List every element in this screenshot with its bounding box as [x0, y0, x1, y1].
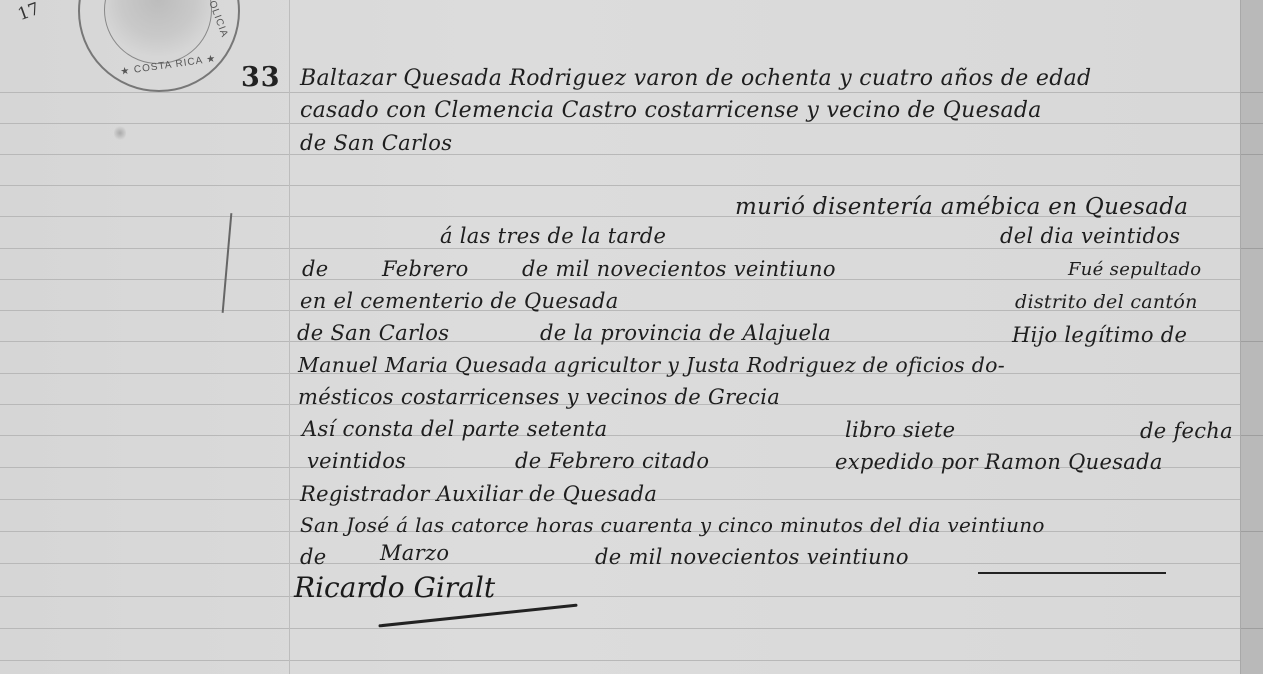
ledger-rule	[0, 123, 1240, 124]
ledger-rule	[0, 154, 1240, 155]
year-of-death: de mil novecientos veintiuno	[522, 257, 836, 281]
signature-flourish	[378, 604, 577, 628]
registration-month: Marzo	[380, 541, 449, 565]
registration-year: de mil novecientos veintiuno	[595, 545, 909, 569]
parents-residence-line: mésticos costarricenses y vecinos de Gre…	[298, 385, 780, 409]
corner-page-number: 17	[15, 0, 42, 25]
edge-rule	[1241, 123, 1263, 124]
ink-smudge	[114, 125, 126, 141]
ledger-rule	[0, 435, 1240, 436]
edge-rule	[1241, 341, 1263, 342]
legitimate-son-label: Hijo legítimo de	[1012, 323, 1187, 347]
left-margin-line	[289, 0, 290, 674]
pencil-margin-mark	[222, 213, 233, 313]
issued-by-line: expedido por Ramon Quesada	[835, 450, 1163, 474]
canton-line: de San Carlos	[297, 321, 449, 345]
edge-rule	[1241, 531, 1263, 532]
registration-time-line: San José á las catorce horas cuarenta y …	[300, 513, 1045, 537]
de-label: de	[302, 257, 328, 281]
book-number: libro siete	[845, 418, 955, 442]
day-of-death: del dia veintidos	[1000, 224, 1180, 248]
source-report-line: Así consta del parte setenta	[302, 417, 607, 441]
registrar-signature: Ricardo Giralt	[294, 571, 495, 604]
page-edge	[1240, 0, 1263, 674]
report-day: veintidos	[307, 449, 406, 473]
record-line-3: de San Carlos	[300, 131, 452, 155]
record-line-2: casado con Clemencia Castro costarricens…	[300, 98, 1042, 123]
ledger-rule	[0, 660, 1240, 661]
registration-de-label: de	[300, 545, 326, 569]
edge-rule	[1241, 248, 1263, 249]
date-label: de fecha	[1140, 419, 1233, 443]
time-of-death: á las tres de la tarde	[440, 224, 666, 248]
official-stamp: MINISTE POLICIA ★ COSTA RICA ★	[78, 0, 240, 92]
ledger-rule	[0, 185, 1240, 186]
line-filler-dash	[978, 572, 1166, 574]
buried-label: Fué sepultado	[1068, 259, 1201, 280]
edge-rule	[1241, 154, 1263, 155]
ledger-rule	[0, 596, 1240, 597]
edge-rule	[1241, 92, 1263, 93]
ledger-rule	[0, 628, 1240, 629]
district-label: distrito del cantón	[1015, 291, 1198, 313]
entry-number: 33	[241, 62, 281, 93]
record-line-1: Baltazar Quesada Rodriguez varon de oche…	[300, 66, 1091, 91]
cemetery-line: en el cementerio de Quesada	[300, 289, 619, 313]
stamp-coat-of-arms-icon	[104, 0, 212, 64]
month-of-death: Febrero	[382, 257, 469, 281]
province-line: de la provincia de Alajuela	[540, 321, 831, 345]
cause-of-death-line: murió disentería amébica en Quesada	[735, 194, 1188, 220]
edge-rule	[1241, 628, 1263, 629]
ledger-rule	[0, 248, 1240, 249]
ledger-page: 17 MINISTE POLICIA ★ COSTA RICA ★ 33 Bal…	[0, 0, 1240, 674]
registrar-title-line: Registrador Auxiliar de Quesada	[300, 482, 657, 506]
report-month: de Febrero citado	[515, 449, 709, 473]
parents-line: Manuel Maria Quesada agricultor y Justa …	[298, 353, 1005, 377]
edge-rule	[1241, 435, 1263, 436]
ledger-rule	[0, 92, 1240, 93]
